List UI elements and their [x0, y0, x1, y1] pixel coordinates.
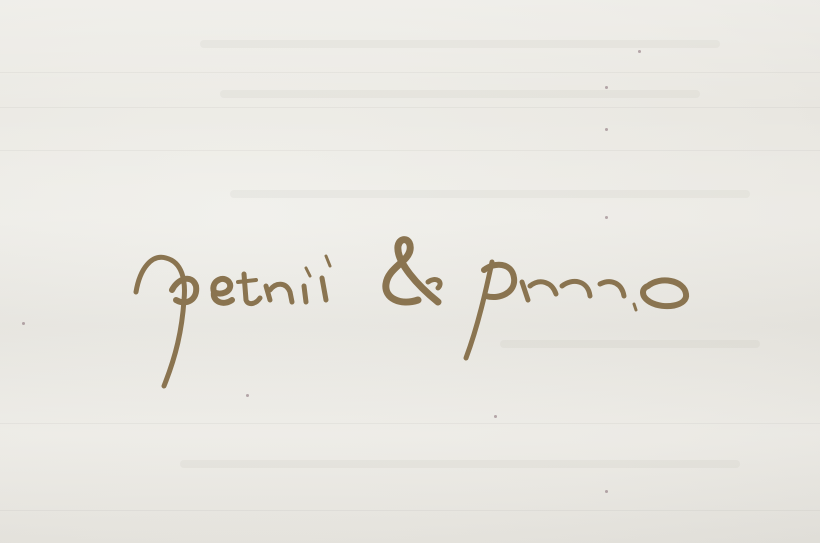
ink-strokes — [0, 0, 820, 543]
handwritten-line: Petri & p̄ximo — [0, 0, 820, 543]
